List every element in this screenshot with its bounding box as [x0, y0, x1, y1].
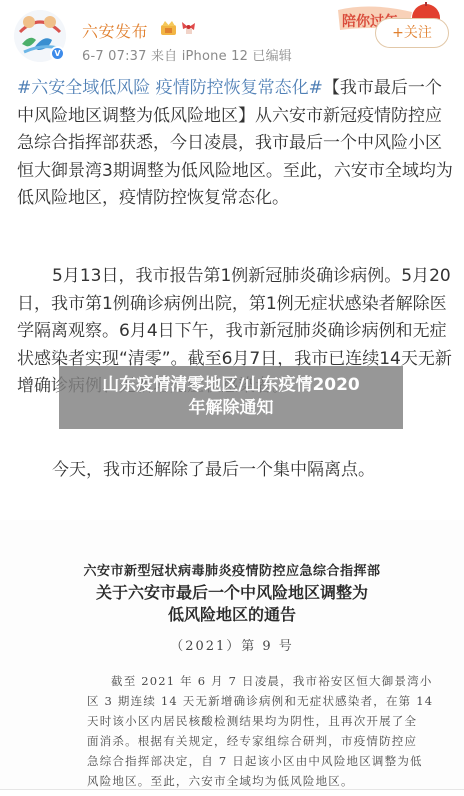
notice-title-line-2: 低风险地区的通告: [0, 602, 464, 625]
notice-body-line: 面消杀。根据有关规定，经专家组综合研判，市疫情防控应: [87, 731, 407, 751]
notice-body-line: 风险地区。至此，六安市全域均为低风险地区。: [87, 771, 407, 791]
notice-body: 截至 2021 年 6 月 7 日凌晨，我市裕安区恒大御景湾小 区 3 期连续 …: [87, 671, 407, 791]
notice-body-line: 天时该小区内居民核酸检测结果均为阴性，且再次开展了全: [87, 711, 407, 731]
notice-title-line-1: 关于六安市最后一个中风险地区调整为: [0, 580, 464, 603]
notice-body-line: 截至 2021 年 6 月 7 日凌晨，我市裕安区恒大御景湾小: [87, 671, 407, 691]
follow-button[interactable]: +关注: [375, 18, 449, 48]
post-paragraph-3: 今天，我市还解除了最后一个集中隔离点。: [52, 457, 462, 484]
hashtag-link[interactable]: #六安全域低风险 疫情防控恢复常态化#: [17, 78, 323, 98]
gift-bow-icon: [180, 19, 197, 36]
notice-body-line: 区 3 期连续 14 天无新增确诊病例和无症状感染者，在第 14: [87, 691, 407, 711]
attached-notice-image[interactable]: 六安市新型冠状病毒肺炎疫情防控应急综合指挥部 关于六安市最后一个中风险地区调整为…: [0, 520, 464, 790]
notice-number: （2021）第 9 号: [0, 635, 464, 654]
weibo-post-page: V 六安发布 6-7 07:37 来自 iPhone 12 已编辑 陪你过年 +…: [0, 0, 464, 796]
user-name[interactable]: 六安发布: [82, 19, 148, 42]
notice-issuer: 六安市新型冠状病毒肺炎疫情防控应急综合指挥部: [0, 560, 464, 579]
overlay-line-2: 年解除通知: [59, 397, 403, 420]
post-header: V 六安发布 6-7 07:37 来自 iPhone 12 已编辑 陪你过年 +…: [0, 0, 464, 70]
title-overlay-banner: 山东疫情清零地区/山东疫情2020 年解除通知: [59, 366, 403, 429]
crown-badge-icon: [160, 20, 177, 36]
post-paragraph-1: #六安全域低风险 疫情防控恢复常态化#【我市最后一个中风险地区调整为低风险地区】…: [17, 75, 453, 213]
overlay-line-1: 山东疫情清零地区/山东疫情2020: [59, 374, 403, 397]
post-meta: 6-7 07:37 来自 iPhone 12 已编辑: [82, 45, 292, 64]
verified-badge-icon: V: [50, 46, 65, 61]
notice-body-line: 急综合指挥部决定，自 7 日起该小区由中风险地区调整为低: [87, 751, 407, 771]
